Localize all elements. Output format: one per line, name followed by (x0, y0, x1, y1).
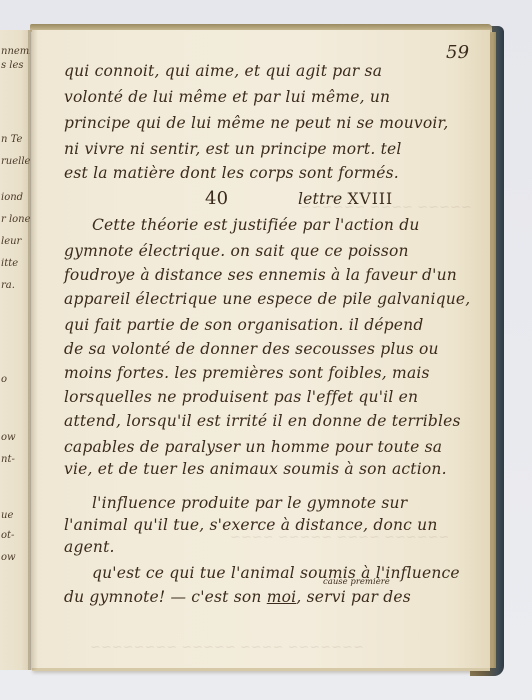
letter-label: lettre (298, 190, 342, 208)
letter-title: lettre XVIII (298, 190, 393, 208)
text-line: qui connoit, qui aime, et qui agit par s… (64, 62, 382, 80)
text-line: capables de paralyser un homme pour tout… (64, 438, 442, 456)
facing-page-fragment: ruelles (1, 156, 31, 167)
facing-page-fragment: r lone (1, 214, 31, 225)
text-line: gymnote électrique. on sait que ce poiss… (64, 242, 409, 260)
text-line: lorsquelles ne produisent pas l'effet qu… (64, 388, 418, 406)
text-line: est la matière dont les corps sont formé… (64, 164, 399, 182)
text-line: l'animal qu'il tue, s'exerce à distance,… (64, 516, 438, 534)
text-segment: , servi par des (296, 588, 411, 606)
text-line: appareil électrique une espece de pile g… (64, 290, 470, 308)
text-line: qui fait partie de son organisation. il … (64, 316, 424, 334)
text-line: volonté de lui même et par lui même, un (64, 88, 390, 106)
facing-page-fragment: itte (1, 258, 18, 269)
facing-page-fragment: ot- (1, 530, 14, 541)
underlined-word: moi (267, 588, 297, 606)
text-line: ni vivre ni sentir, est un principe mort… (64, 140, 402, 158)
facing-page-fragment: n Te (1, 134, 22, 145)
facing-page-fragment: o (1, 374, 7, 385)
letter-roman-numeral: XVIII (348, 190, 394, 208)
text-line: foudroye à distance ses ennemis à la fav… (64, 266, 457, 284)
text-line: vie, et de tuer les animaux soumis à son… (64, 460, 447, 478)
section-number: 40 (205, 188, 228, 209)
interlinear-insertion: cause première (323, 577, 390, 587)
text-line: qu'est ce qui tue l'animal soumis à l'in… (92, 564, 460, 582)
bleed-through: ~~~~~~~ ~~~~ ~~~~~ ~~~~~~~~ (90, 640, 364, 655)
text-line: principe qui de lui même ne peut ni se m… (64, 114, 449, 132)
facing-page-fragment: nnemb (1, 46, 31, 57)
facing-page-fragment: ra. (1, 280, 15, 291)
facing-page-fragment: iond (1, 192, 23, 203)
facing-page-fragment: nt- (1, 454, 15, 465)
facing-page: nnemb s les n Te ruelles iond r lone leu… (0, 30, 31, 670)
text-line: agent. (64, 538, 115, 556)
text-line: Cette théorie est justifiée par l'action… (92, 216, 420, 234)
text-line: du gymnote! — c'est son moi, servi par d… (64, 588, 411, 606)
facing-page-fragment: ue (1, 510, 13, 521)
binding-gutter-shadow (28, 30, 38, 670)
page-number: 59 (446, 42, 469, 63)
facing-page-fragment: s les (1, 60, 24, 71)
facing-page-fragment: ow (1, 552, 16, 563)
text-line: l'influence produite par le gymnote sur (92, 494, 407, 512)
text-segment: du gymnote! — c'est son (64, 588, 262, 606)
text-line: moins fortes. les premières sont foibles… (64, 364, 430, 382)
text-line: de sa volonté de donner des secousses pl… (64, 340, 439, 358)
facing-page-fragment: ow (1, 432, 16, 443)
text-line: attend, lorsqu'il est irrité il en donne… (64, 412, 461, 430)
facing-page-fragment: leur (1, 236, 21, 247)
